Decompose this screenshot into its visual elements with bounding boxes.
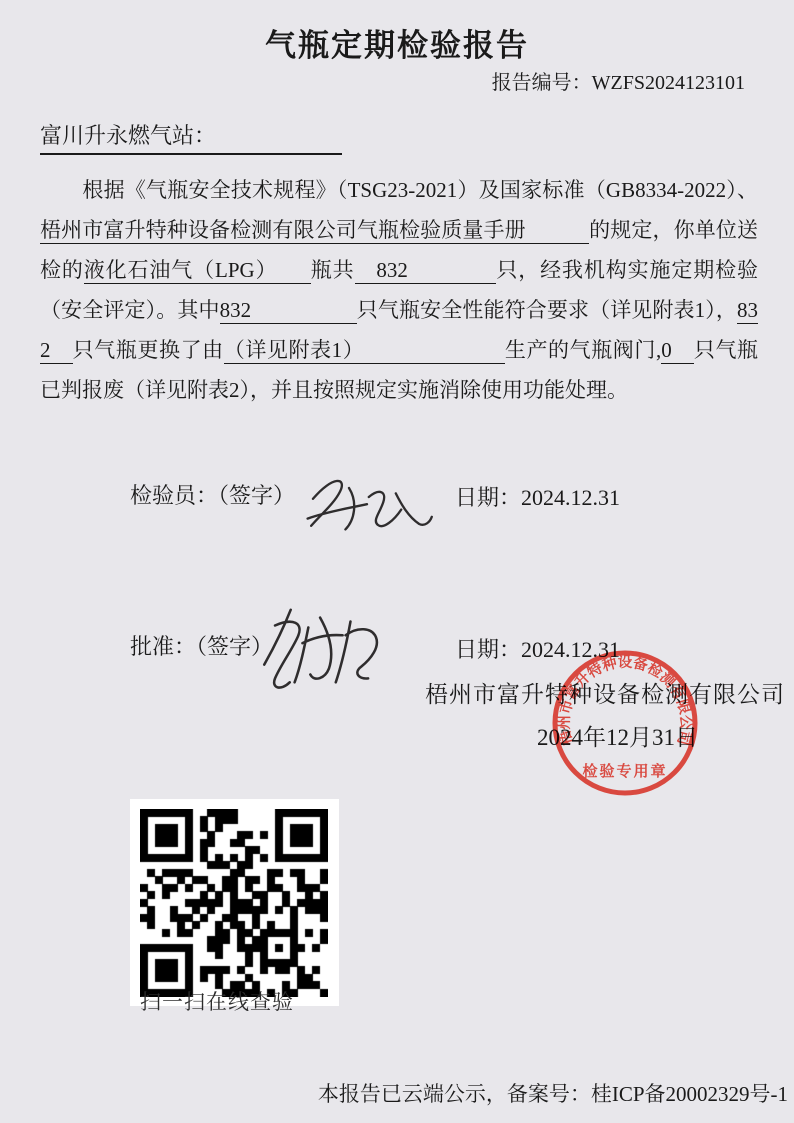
- report-number: 报告编号：WZFS2024123101: [492, 66, 745, 95]
- filled-field-text: 0: [661, 338, 694, 364]
- report-number-label: 报告编号：: [492, 72, 592, 94]
- body-text-run: 瓶共: [311, 258, 355, 282]
- body-text-run: 根据《气瓶安全技术规程》（TSG23-2021）及国家标准（GB8334-202…: [40, 178, 758, 202]
- seal-company-text: 梧州市富升特种设备检测有限公司: [555, 653, 694, 747]
- filled-field-text: （详见附表1）: [224, 338, 505, 364]
- approver-signature-image: [246, 600, 404, 698]
- inspector-signature-image: [292, 470, 442, 542]
- station-name: 富川升永燃气站：: [40, 119, 342, 155]
- page-title: 气瓶定期检验报告: [0, 20, 794, 65]
- report-body-paragraph: 根据《气瓶安全技术规程》（TSG23-2021）及国家标准（GB8334-202…: [40, 170, 758, 410]
- seal-label-text: 检验专用章: [582, 762, 667, 780]
- report-page: 气瓶定期检验报告 报告编号：WZFS2024123101 富川升永燃气站： 根据…: [0, 0, 794, 1123]
- report-number-value: WZFS2024123101: [592, 72, 745, 94]
- qr-caption: 扫一扫在线查验: [140, 986, 294, 1016]
- inspector-date-label: 日期：: [455, 485, 521, 510]
- station-line: 富川升永燃气站：: [40, 119, 342, 155]
- inspector-label: 检验员：（签字）: [130, 479, 295, 510]
- footer-note: 本报告已云端公示，备案号：桂ICP备20002329号-1: [318, 1078, 788, 1108]
- body-text-run: 只气瓶安全性能符合要求（详见附表1），: [357, 298, 737, 322]
- qr-code: [140, 809, 328, 997]
- filled-field-text: 832: [220, 298, 357, 324]
- body-text-run: 只气瓶更换了由: [73, 338, 224, 362]
- approver-date-label: 日期：: [455, 637, 521, 662]
- filled-field-text: 液化石油气（LPG）: [84, 258, 311, 284]
- filled-field-text: 832: [355, 258, 497, 284]
- company-seal-stamp: 梧州市富升特种设备检测有限公司 检验专用章: [547, 645, 703, 801]
- filled-field-text: 梧州市富升特种设备检测有限公司气瓶检验质量手册: [40, 218, 589, 244]
- body-text-run: 生产的气瓶阀门,: [505, 338, 661, 362]
- inspector-date: 日期：2024.12.31: [455, 481, 620, 512]
- inspector-date-value: 2024.12.31: [521, 485, 620, 510]
